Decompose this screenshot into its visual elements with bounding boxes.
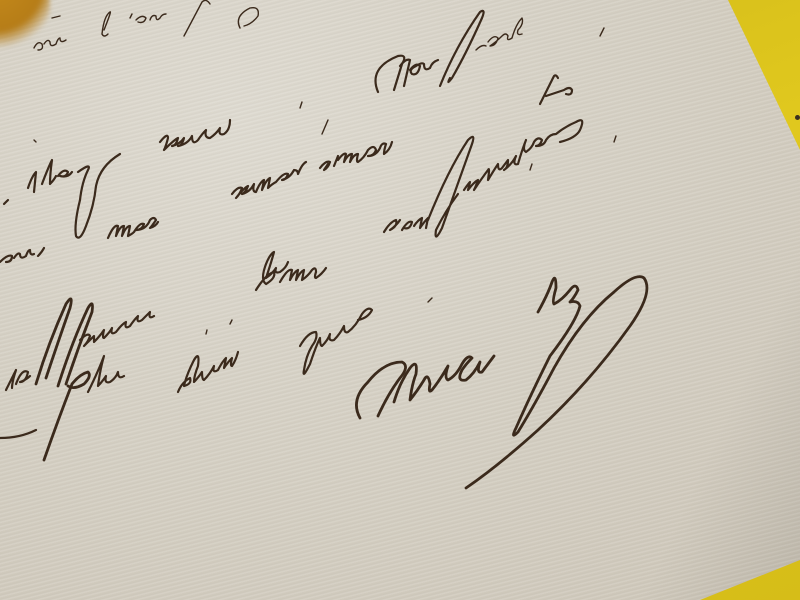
- line-1-ink: [34, 0, 258, 50]
- line-2-ink: [376, 11, 605, 92]
- signature-ink: [356, 277, 647, 488]
- photograph: où l'on p… Monsieur, …illez recevoir, …o…: [0, 0, 800, 600]
- handwriting: [0, 0, 800, 600]
- line-3-ink: [4, 102, 328, 238]
- line-4-ink: [0, 75, 572, 262]
